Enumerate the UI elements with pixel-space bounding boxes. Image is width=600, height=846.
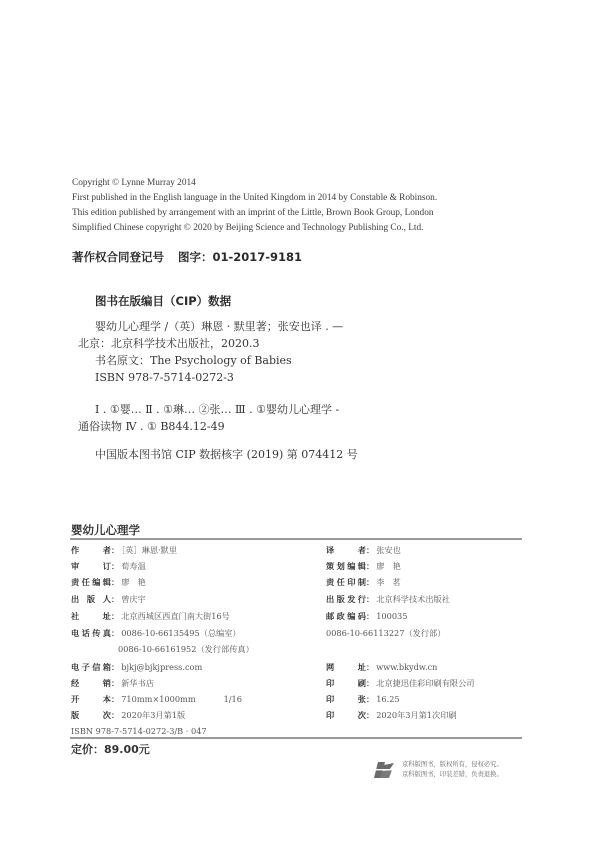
info-row-postcode: 邮政编码：100035: [326, 611, 407, 622]
divider-bottom: [70, 737, 522, 739]
cip-line: 北京：北京科学技术出版社，2020.3: [78, 335, 343, 352]
info-extra: 1/16: [224, 694, 242, 704]
info-row-reviewer: 审 订：荀寿温: [71, 561, 146, 572]
cip-class-line: Ⅰ . ①婴… Ⅱ . ①琳… ②张… Ⅲ . ①婴幼儿心理学 -: [78, 401, 339, 418]
info-value: 2020年3月第1版: [121, 710, 185, 720]
info-label: 版 次: [71, 710, 111, 721]
info-row-fax: 0086-10-66161952（发行部传真）: [118, 644, 254, 655]
info-label: 作 者: [71, 545, 111, 556]
info-row-format: 开 本：710mm×1000mm1/16: [71, 694, 242, 705]
info-label: 印 次: [326, 710, 366, 721]
info-value: bjkj@bjkjpress.com: [121, 662, 202, 672]
info-value: 710mm×1000mm: [121, 694, 195, 704]
info-value: 北京西城区西直门南大街16号: [121, 611, 230, 621]
copyright-line: First published in the English language …: [72, 191, 437, 206]
bjkj-logo-icon: [372, 759, 396, 781]
notice-line: 京科版图书，印装差错，负责退换。: [402, 770, 503, 780]
info-row-distributor: 经 销：新华书店: [71, 678, 154, 689]
info-row-printer: 印 刷：北京捷迅佳彩印刷有限公司: [326, 678, 474, 689]
info-value: 廖 艳: [121, 577, 146, 587]
info-row-sheets: 印 张：16.25: [326, 694, 400, 705]
info-row-publisher: 出版发行：北京科学技术出版社: [326, 594, 450, 605]
registration-value: 图字：01-2017-9181: [178, 250, 302, 264]
registration-label: 著作权合同登记号: [72, 250, 164, 264]
info-row-printing: 印 次：2020年3月第1次印刷: [326, 710, 457, 721]
cip-class-line: 通俗读物 Ⅳ . ① B844.12-49: [78, 418, 339, 435]
info-label: 印 刷: [326, 678, 366, 689]
info-row-email: 电子信箱：bjkj@bjkjpress.com: [71, 662, 202, 673]
info-value: 曾庆宇: [121, 594, 146, 604]
info-label: 印 张: [326, 694, 366, 705]
info-label: 电子信箱: [71, 662, 111, 673]
info-label: 电话传真: [71, 628, 111, 639]
info-label: 审 订: [71, 561, 111, 572]
info-row-print-manager: 责任印制：李 茗: [326, 577, 401, 588]
info-row-planning-editor: 策划编辑：廖 艳: [326, 561, 401, 572]
copyright-line: Simplified Chinese copyright © 2020 by B…: [72, 221, 437, 236]
cip-line: 婴幼儿心理学 /（英）琳恩 · 默里著；张安也译 . —: [78, 318, 343, 335]
copyright-line: This edition published by arrangement wi…: [72, 206, 437, 221]
isbn-value: ISBN 978-7-5714-0272-3/B · 047: [71, 726, 207, 736]
info-value: ［英］琳恩·默里: [121, 545, 177, 555]
isbn-line: ISBN 978-7-5714-0272-3/B · 047: [71, 726, 207, 736]
contract-registration: 著作权合同登记号图字：01-2017-9181: [72, 249, 302, 265]
info-value: 北京捷迅佳彩印刷有限公司: [376, 678, 474, 688]
cip-line: 书名原文：The Psychology of Babies: [78, 352, 343, 369]
info-label: 邮政编码: [326, 611, 366, 622]
price: 定价：89.00元: [71, 741, 150, 757]
info-row-website: 网 址：www.bkydw.cn: [326, 662, 437, 673]
info-label: 策划编辑: [326, 561, 366, 572]
info-value: 张安也: [376, 545, 401, 555]
info-value: 北京科学技术出版社: [376, 594, 450, 604]
info-value: 2020年3月第1次印刷: [376, 710, 456, 720]
info-value: 16.25: [376, 694, 399, 704]
info-value: 0086-10-66113227（发行部）: [326, 628, 445, 638]
info-value: www.bkydw.cn: [376, 662, 437, 672]
notice-line: 京科版图书，版权所有，侵权必究。: [402, 760, 503, 770]
info-label: 网 址: [326, 662, 366, 673]
info-value: 100035: [376, 611, 407, 621]
divider-top: [70, 538, 522, 540]
info-value: 廖 艳: [376, 561, 401, 571]
info-label: 责任印制: [326, 577, 366, 588]
info-label: 开 本: [71, 694, 111, 705]
info-row-address: 社 址：北京西城区西直门南大街16号: [71, 611, 230, 622]
info-row-author: 作 者：［英］琳恩·默里: [71, 545, 177, 556]
cip-classification: Ⅰ . ①婴… Ⅱ . ①琳… ②张… Ⅲ . ①婴幼儿心理学 - 通俗读物 Ⅳ…: [78, 401, 339, 435]
info-value: 新华书店: [121, 678, 154, 688]
info-value: 0086-10-66161952（发行部传真）: [118, 644, 254, 654]
copyright-block: Copyright © Lynne Murray 2014 First publ…: [72, 176, 437, 236]
info-row-publisher-person: 出 版 人：曾庆宇: [71, 594, 146, 605]
info-value: 荀寿温: [121, 561, 146, 571]
info-row-sales-phone: 0086-10-66113227（发行部）: [326, 628, 445, 639]
cip-record-number: 中国版本图书馆 CIP 数据核字 (2019) 第 074412 号: [95, 446, 358, 462]
info-label: 出 版 人: [71, 594, 111, 605]
info-row-edition: 版 次：2020年3月第1版: [71, 710, 185, 721]
publisher-notice: 京科版图书，版权所有，侵权必究。 京科版图书，印装差错，负责退换。: [372, 759, 503, 781]
info-value: 0086-10-66135495（总编室）: [121, 628, 240, 638]
info-label: 责任编辑: [71, 577, 111, 588]
info-label: 出版发行: [326, 594, 366, 605]
cip-title: 图书在版编目（CIP）数据: [95, 293, 231, 309]
info-label: 社 址: [71, 611, 111, 622]
info-value: 李 茗: [376, 577, 401, 587]
info-label: 译 者: [326, 545, 366, 556]
book-title: 婴幼儿心理学: [71, 522, 140, 538]
info-row-phone: 电话传真：0086-10-66135495（总编室）: [71, 628, 241, 639]
info-row-editor: 责任编辑：廖 艳: [71, 577, 146, 588]
cip-line: ISBN 978-7-5714-0272-3: [78, 369, 343, 386]
copyright-line: Copyright © Lynne Murray 2014: [72, 176, 437, 191]
cip-body: 婴幼儿心理学 /（英）琳恩 · 默里著；张安也译 . — 北京：北京科学技术出版…: [78, 318, 343, 386]
info-label: 经 销: [71, 678, 111, 689]
info-row-translator: 译 者：张安也: [326, 545, 401, 556]
